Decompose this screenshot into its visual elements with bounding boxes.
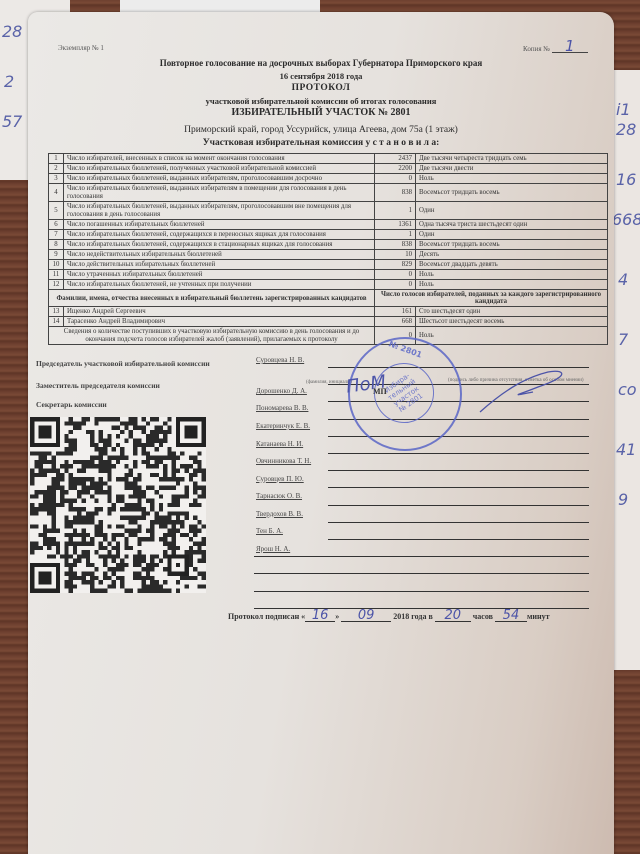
secretary-name: Пономарева В. В. [256,404,308,412]
handwritten-note: 4 [618,270,628,289]
row-number: 8 [49,240,64,250]
member-name: Твердохов В. В. [256,510,303,518]
row-value-words: Десять [416,250,608,260]
handwritten-note: 668 [612,210,640,229]
copy-number: 1 [552,40,588,53]
member-name: Тен Б. А. [256,527,283,535]
hours-label: часов [473,612,493,621]
precinct-address: Приморский край, город Уссурийск, улица … [28,125,614,135]
candidate-number: 13 [49,307,64,317]
row-number: 11 [49,270,64,280]
handwritten-note: 28 [2,22,22,41]
row-number: 1 [49,154,64,164]
candidate-votes-words: Шестьсот шестьдесят восемь [416,317,608,327]
row-value: 838 [375,184,416,202]
row-value-words: Ноль [416,174,608,184]
table-row: 8Число избирательных бюллетеней, содержа… [49,240,608,250]
quote-close: » [335,612,339,621]
row-value: 0 [375,270,416,280]
minutes-label: минут [527,612,550,621]
handwritten-note: 57 [2,112,22,131]
protocol-document: Экземпляр № 1 Копия № 1 Повторное голосо… [28,12,614,854]
member-name: Суровцев П. Ю. [256,475,304,483]
signature-line [254,573,589,574]
table-row: 5Число избирательных бюллетеней, выданны… [49,202,608,220]
candidate-name: Ищенко Андрей Сергеевич [64,307,375,317]
candidate-name: Тарасенко Андрей Владимирович [64,317,375,327]
row-value-words: Восемьсот тридцать восемь [416,240,608,250]
row-number: 7 [49,230,64,240]
handwritten-note: 16 [616,170,636,189]
signature-line [254,608,589,609]
election-date: 16 сентября 2018 года [28,71,614,81]
table-row: 10Число действительных избирательных бюл… [49,260,608,270]
table-row: 6Число погашенных избирательных бюллетен… [49,220,608,230]
row-number: 3 [49,174,64,184]
row-value-words: Один [416,202,608,220]
candidate-row: 13Ищенко Андрей Сергеевич161Сто шестьдес… [49,307,608,317]
row-value: 10 [375,250,416,260]
chair-label: Председатель участковой избирательной ко… [36,359,210,368]
row-label: Число избирательных бюллетеней, не учтен… [64,280,375,290]
candidate-votes: 161 [375,307,416,317]
candidates-header-right: Число голосов избирателей, поданных за к… [375,290,608,307]
table-row: 9Число недействительных избирательных бю… [49,250,608,260]
row-label: Число избирательных бюллетеней, полученн… [64,164,375,174]
protocol-subtitle: участковой избирательной комиссии об ито… [28,96,614,106]
copy-label: Копия № [523,45,550,53]
signature-line [328,453,589,454]
table-row: 12Число избирательных бюллетеней, не учт… [49,280,608,290]
signing-line: Протокол подписан «16» 09 2018 года в 20… [228,610,550,622]
row-number: 9 [49,250,64,260]
row-value: 838 [375,240,416,250]
signed-month: 09 [341,610,391,622]
handwritten-note: i1 [616,100,631,119]
row-label: Число избирательных бюллетеней, содержащ… [64,240,375,250]
candidate-votes-words: Сто шестьдесят один [416,307,608,317]
handwritten-note: 9 [618,490,628,509]
handwritten-note: 2 [4,72,14,91]
row-value: 1 [375,230,416,240]
row-number: 6 [49,220,64,230]
table-row: 7Число избирательных бюллетеней, содержа… [49,230,608,240]
row-value: 1 [375,202,416,220]
row-value-words: Восемьсот двадцать девять [416,260,608,270]
row-value-words: Две тысячи двести [416,164,608,174]
signature-line [328,470,589,471]
row-label: Число утраченных избирательных бюллетене… [64,270,375,280]
handwritten-note: 28 [616,120,636,139]
precinct-title: ИЗБИРАТЕЛЬНЫЙ УЧАСТОК № 2801 [28,107,614,118]
signed-minutes: 54 [495,610,527,622]
row-number: 12 [49,280,64,290]
row-value-words: Один [416,230,608,240]
row-number: 2 [49,164,64,174]
copy-number-field: Копия № 1 [523,40,588,53]
member-name: Катанаева Н. И. [256,440,303,448]
qr-code [30,417,206,593]
member-name: Овчинникова Т. Н. [256,457,311,465]
row-number: 4 [49,184,64,202]
row-value-words: Ноль [416,270,608,280]
candidate-row: 14Тарасенко Андрей Владимирович668Шестьс… [49,317,608,327]
table-row: 1Число избирателей, внесенных в список н… [49,154,608,164]
candidates-header-left: Фамилии, имена, отчества внесенных в изб… [49,290,375,307]
candidate-number: 14 [49,317,64,327]
signature-scribble [478,367,578,417]
member-name: Екатеринчук Е. В. [256,422,310,430]
row-value: 829 [375,260,416,270]
handwritten-note: 41 [616,440,636,459]
row-label: Число действительных избирательных бюлле… [64,260,375,270]
row-value-words: Одна тысяча триста шестьдесят один [416,220,608,230]
signature-line [328,522,589,523]
row-value-words: Восемьсот тридцать восемь [416,184,608,202]
complaints-label: Сведения о количестве поступивших в учас… [49,327,375,345]
signature-line [254,556,589,557]
row-label: Число избирательных бюллетеней, выданных… [64,184,375,202]
chair-name: Суровцева Н. В. [256,356,304,364]
signature-line [328,487,589,488]
signature-line [328,539,589,540]
exemplar-label: Экземпляр № 1 [58,44,104,52]
signed-hours: 20 [435,610,471,622]
row-label: Число избирательных бюллетеней, выданных… [64,174,375,184]
signed-day: 16 [305,610,335,622]
deputy-name: Дорошенко Д. А. [256,387,307,395]
election-title: Повторное голосование на досрочных выбор… [28,58,614,68]
established-heading: Участковая избирательная комиссия у с т … [28,138,614,148]
row-value: 2437 [375,154,416,164]
row-value-words: Две тысячи четыреста тридцать семь [416,154,608,164]
table-row: 11Число утраченных избирательных бюллете… [49,270,608,280]
candidates-header-row: Фамилии, имена, отчества внесенных в изб… [49,290,608,307]
signature-line [328,505,589,506]
deputy-label: Заместитель председателя комиссии [36,381,160,390]
row-number: 10 [49,260,64,270]
row-value: 2200 [375,164,416,174]
complaints-words: Ноль [416,327,608,345]
table-row: 4Число избирательных бюллетеней, выданны… [49,184,608,202]
member-name: Тарнасюк О. В. [256,492,302,500]
protocol-heading: ПРОТОКОЛ [28,83,614,93]
member-name: Ярош Н. А. [256,545,290,553]
table-row: 3Число избирательных бюллетеней, выданны… [49,174,608,184]
row-label: Число избирательных бюллетеней, выданных… [64,202,375,220]
row-number: 5 [49,202,64,220]
row-label: Число погашенных избирательных бюллетене… [64,220,375,230]
row-label: Число избирательных бюллетеней, содержащ… [64,230,375,240]
row-label: Число избирателей, внесенных в список на… [64,154,375,164]
row-value: 0 [375,280,416,290]
row-value: 1361 [375,220,416,230]
signature-line [254,591,589,592]
stamp-ring-text: № 2801 [388,339,424,359]
background-paper-right: i1 28 16 668 4 7 co 41 9 [610,70,640,670]
results-table: 1Число избирателей, внесенных в список н… [48,153,608,345]
signed-label: Протокол подписан « [228,612,305,621]
handwritten-note: co [618,380,637,399]
signed-year: 2018 года в [393,612,433,621]
complaints-row: Сведения о количестве поступивших в учас… [49,327,608,345]
row-value-words: Ноль [416,280,608,290]
secretary-label: Секретарь комиссии [36,400,107,409]
handwritten-note: 7 [618,330,628,349]
row-value: 0 [375,174,416,184]
row-label: Число недействительных избирательных бюл… [64,250,375,260]
table-row: 2Число избирательных бюллетеней, получен… [49,164,608,174]
candidate-votes: 668 [375,317,416,327]
